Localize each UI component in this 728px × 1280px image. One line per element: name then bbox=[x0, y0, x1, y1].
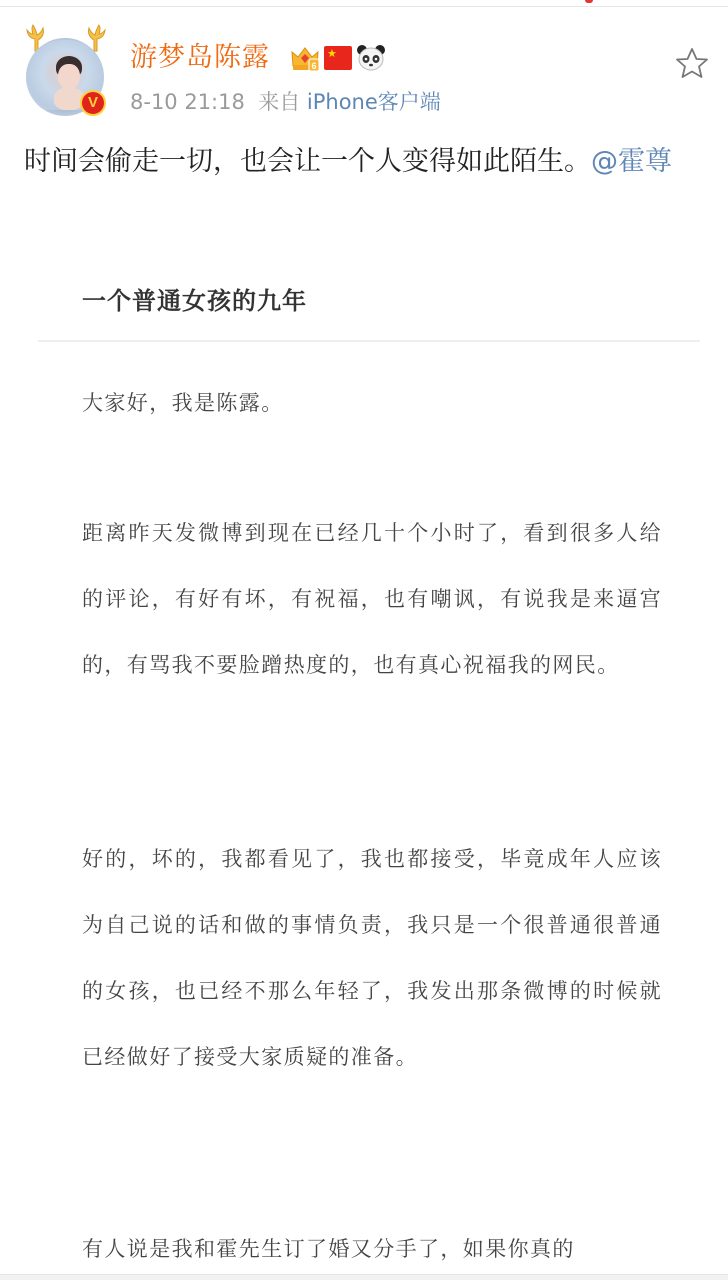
post-body: 时间会偷走一切，也会让一个人变得如此陌生。 bbox=[24, 146, 591, 177]
post-meta: 8-10 21:18 来自 iPhone客户端 bbox=[130, 87, 441, 117]
post-timestamp: 8-10 21:18 bbox=[130, 90, 245, 114]
favorite-star-icon[interactable] bbox=[674, 46, 710, 80]
svg-text:6: 6 bbox=[311, 61, 316, 71]
china-flag-icon[interactable]: ★ bbox=[324, 46, 352, 70]
author-name[interactable]: 游梦岛陈露 bbox=[130, 40, 270, 76]
crown-level-icon[interactable]: 6 bbox=[290, 44, 320, 72]
source-prefix: 来自 bbox=[258, 90, 300, 114]
author-badges: 6 ★ bbox=[290, 42, 386, 74]
article-paragraph: 大家好，我是陈露。 bbox=[82, 370, 662, 436]
top-divider bbox=[0, 0, 728, 7]
article-paragraph: 有人说是我和霍先生订了婚又分手了，如果你真的 bbox=[82, 1216, 662, 1280]
bottom-divider bbox=[0, 1274, 728, 1280]
article-image[interactable]: 一个普通女孩的九年 大家好，我是陈露。 距离昨天发微博到现在已经几十个小时了，看… bbox=[0, 240, 728, 1266]
article-paragraph: 距离昨天发微博到现在已经几十个小时了，看到很多人给的评论，有好有坏，有祝福，也有… bbox=[82, 500, 662, 698]
panda-icon[interactable] bbox=[356, 43, 386, 73]
post-text: 时间会偷走一切，也会让一个人变得如此陌生。@霍尊 bbox=[24, 140, 704, 183]
article-title: 一个普通女孩的九年 bbox=[82, 283, 307, 319]
mention-link[interactable]: @霍尊 bbox=[591, 146, 672, 177]
article-divider bbox=[38, 340, 700, 342]
verified-badge-icon: V bbox=[80, 90, 106, 116]
avatar[interactable]: V bbox=[20, 24, 116, 120]
article-paragraph: 好的，坏的，我都看见了，我也都接受，毕竟成年人应该为自己说的话和做的事情负责，我… bbox=[82, 826, 662, 1090]
post-source-link[interactable]: iPhone客户端 bbox=[307, 90, 441, 114]
